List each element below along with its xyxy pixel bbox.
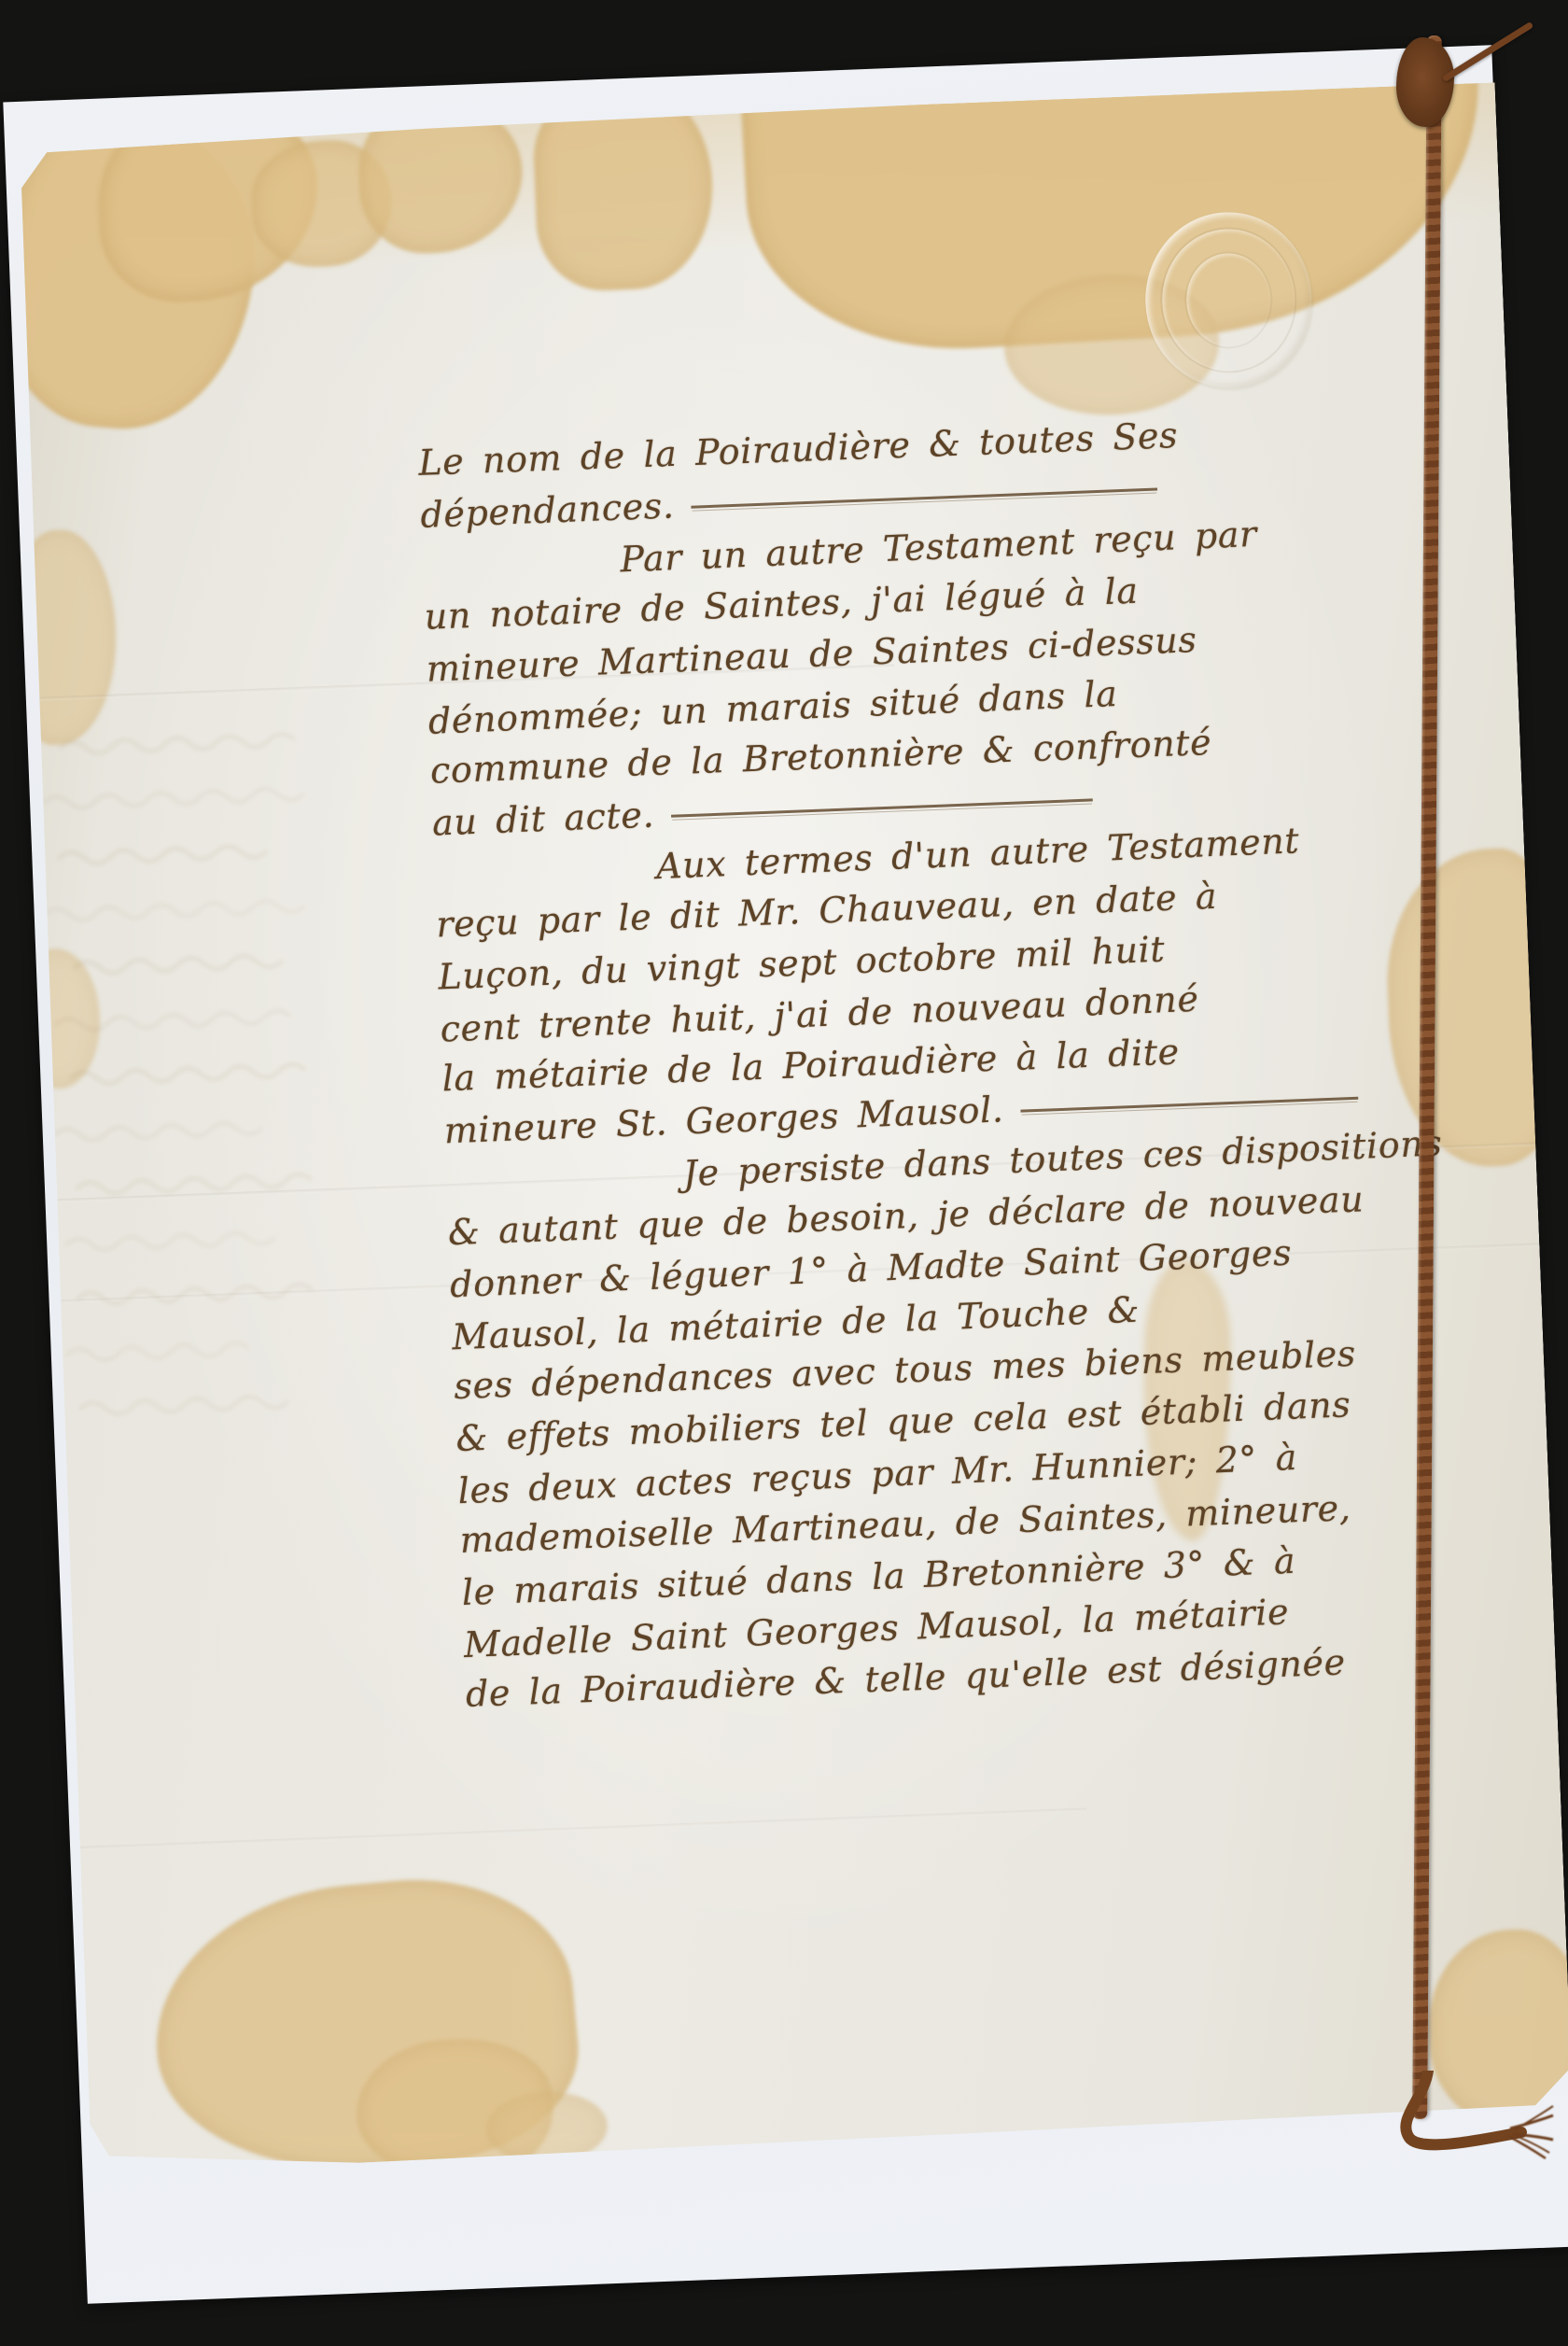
rule-line <box>671 798 1093 817</box>
manuscript-text: au dit acte. <box>431 794 655 843</box>
cord-loop <box>1406 2071 1521 2144</box>
bleedthrough-lines <box>37 733 328 1415</box>
scan-photo: { "doc": { "kind": "handwritten manuscri… <box>0 0 1568 2346</box>
rule-line <box>691 488 1157 509</box>
manuscript-text: dépendances. <box>420 485 676 535</box>
fold-crease <box>79 1807 1086 1849</box>
rule-line <box>1020 1097 1358 1113</box>
bleedthrough-texture <box>31 717 469 1479</box>
manuscript-page: Le nom de la Poiraudière & toutes Ses dé… <box>14 82 1568 2172</box>
manuscript-text-block: Le nom de la Poiraudière & toutes Ses dé… <box>418 401 1549 1726</box>
binding-cord-tail <box>1323 2071 1557 2211</box>
